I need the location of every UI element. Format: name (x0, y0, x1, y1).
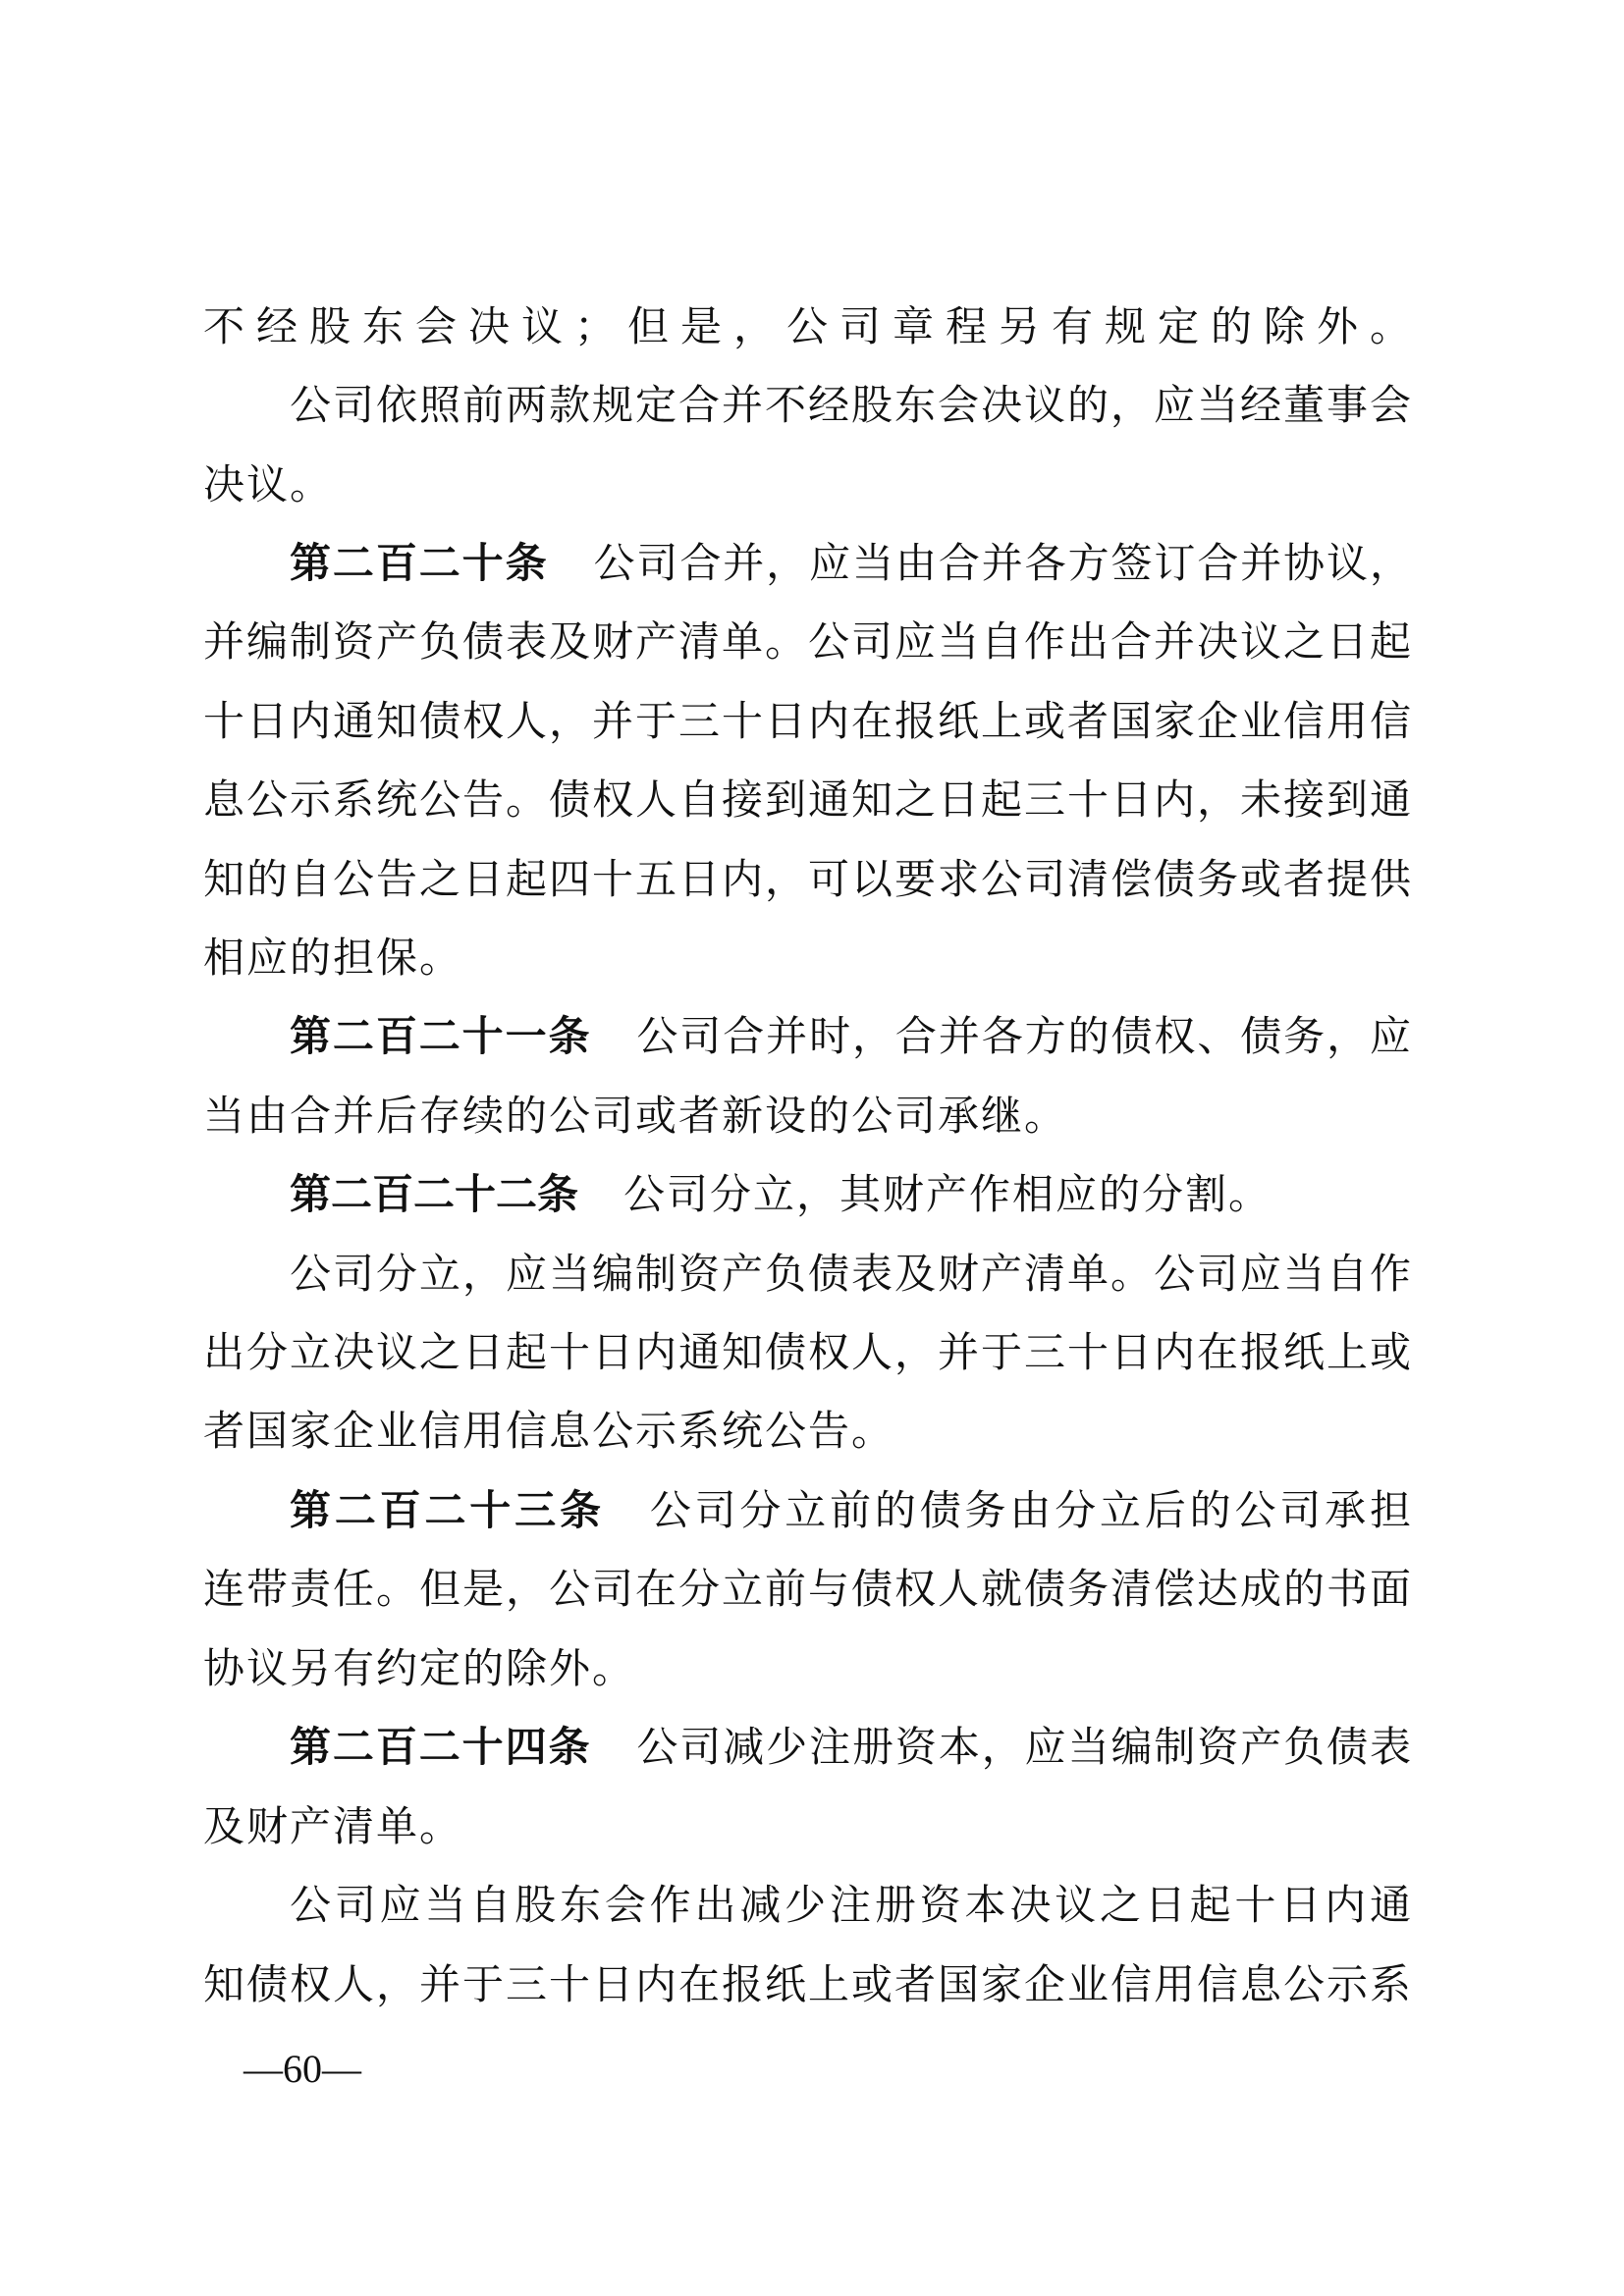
article-222-line: 第二百二十二条公司分立，其财产作相应的分割。 (203, 1167, 1411, 1222)
article-number: 第二百二十一条 (290, 1012, 591, 1060)
article-220-line: 第二百二十条公司合并，应当由合并各方签订合并协议， (203, 536, 1411, 591)
article-221-line: 第二百二十一条公司合并时，合并各方的债权、债务，应 (203, 1009, 1411, 1064)
paragraph-line: 知债权人，并于三十日内在报纸上或者国家企业信用信息公示系 (203, 1957, 1411, 2012)
paragraph-line: 协议另有约定的除外。 (203, 1641, 1411, 1696)
paragraph-line: 连带责任。但是，公司在分立前与债权人就债务清偿达成的书面 (203, 1562, 1411, 1617)
paragraph-line: 不经股东会决议；但是，公司章程另有规定的除外。 (203, 299, 1411, 354)
article-number: 第二百二十三条 (290, 1486, 605, 1534)
article-text: 公司分立前的债务由分立后的公司承担 (650, 1486, 1411, 1534)
paragraph-line: 公司依照前两款规定合并不经股东会决议的，应当经董事会 (203, 378, 1411, 433)
article-text: 公司合并，应当由合并各方签订合并协议， (594, 539, 1411, 587)
article-text: 公司合并时，合并各方的债权、债务，应 (636, 1012, 1411, 1060)
paragraph-line: 并编制资产负债表及财产清单。公司应当自作出合并决议之日起 (203, 614, 1411, 669)
article-224-line: 第二百二十四条公司减少注册资本，应当编制资产负债表 (203, 1720, 1411, 1775)
paragraph-line: 相应的担保。 (203, 931, 1411, 986)
page-number: —60— (244, 2048, 361, 2091)
paragraph-line: 公司应当自股东会作出减少注册资本决议之日起十日内通 (203, 1878, 1411, 1933)
article-text: 公司减少注册资本，应当编制资产负债表 (636, 1723, 1411, 1771)
paragraph-line: 及财产清单。 (203, 1799, 1411, 1854)
article-number: 第二百二十条 (290, 539, 549, 587)
paragraph-line: 者国家企业信用信息公示系统公告。 (203, 1404, 1411, 1459)
article-text: 公司分立，其财产作相应的分割。 (623, 1170, 1272, 1218)
paragraph-line: 息公示系统公告。债权人自接到通知之日起三十日内，未接到通 (203, 773, 1411, 828)
paragraph-line: 当由合并后存续的公司或者新设的公司承继。 (203, 1089, 1411, 1144)
article-number: 第二百二十二条 (290, 1170, 578, 1218)
paragraph-line: 决议。 (203, 457, 1411, 512)
article-223-line: 第二百二十三条公司分立前的债务由分立后的公司承担 (203, 1483, 1411, 1538)
paragraph-line: 十日内通知债权人，并于三十日内在报纸上或者国家企业信用信 (203, 694, 1411, 749)
paragraph-line: 知的自公告之日起四十五日内，可以要求公司清偿债务或者提供 (203, 852, 1411, 907)
paragraph-line: 出分立决议之日起十日内通知债权人，并于三十日内在报纸上或 (203, 1325, 1411, 1380)
paragraph-line: 公司分立，应当编制资产负债表及财产清单。公司应当自作 (203, 1247, 1411, 1302)
article-number: 第二百二十四条 (290, 1723, 591, 1771)
document-page: 不经股东会决议；但是，公司章程另有规定的除外。 公司依照前两款规定合并不经股东会… (0, 0, 1624, 2296)
